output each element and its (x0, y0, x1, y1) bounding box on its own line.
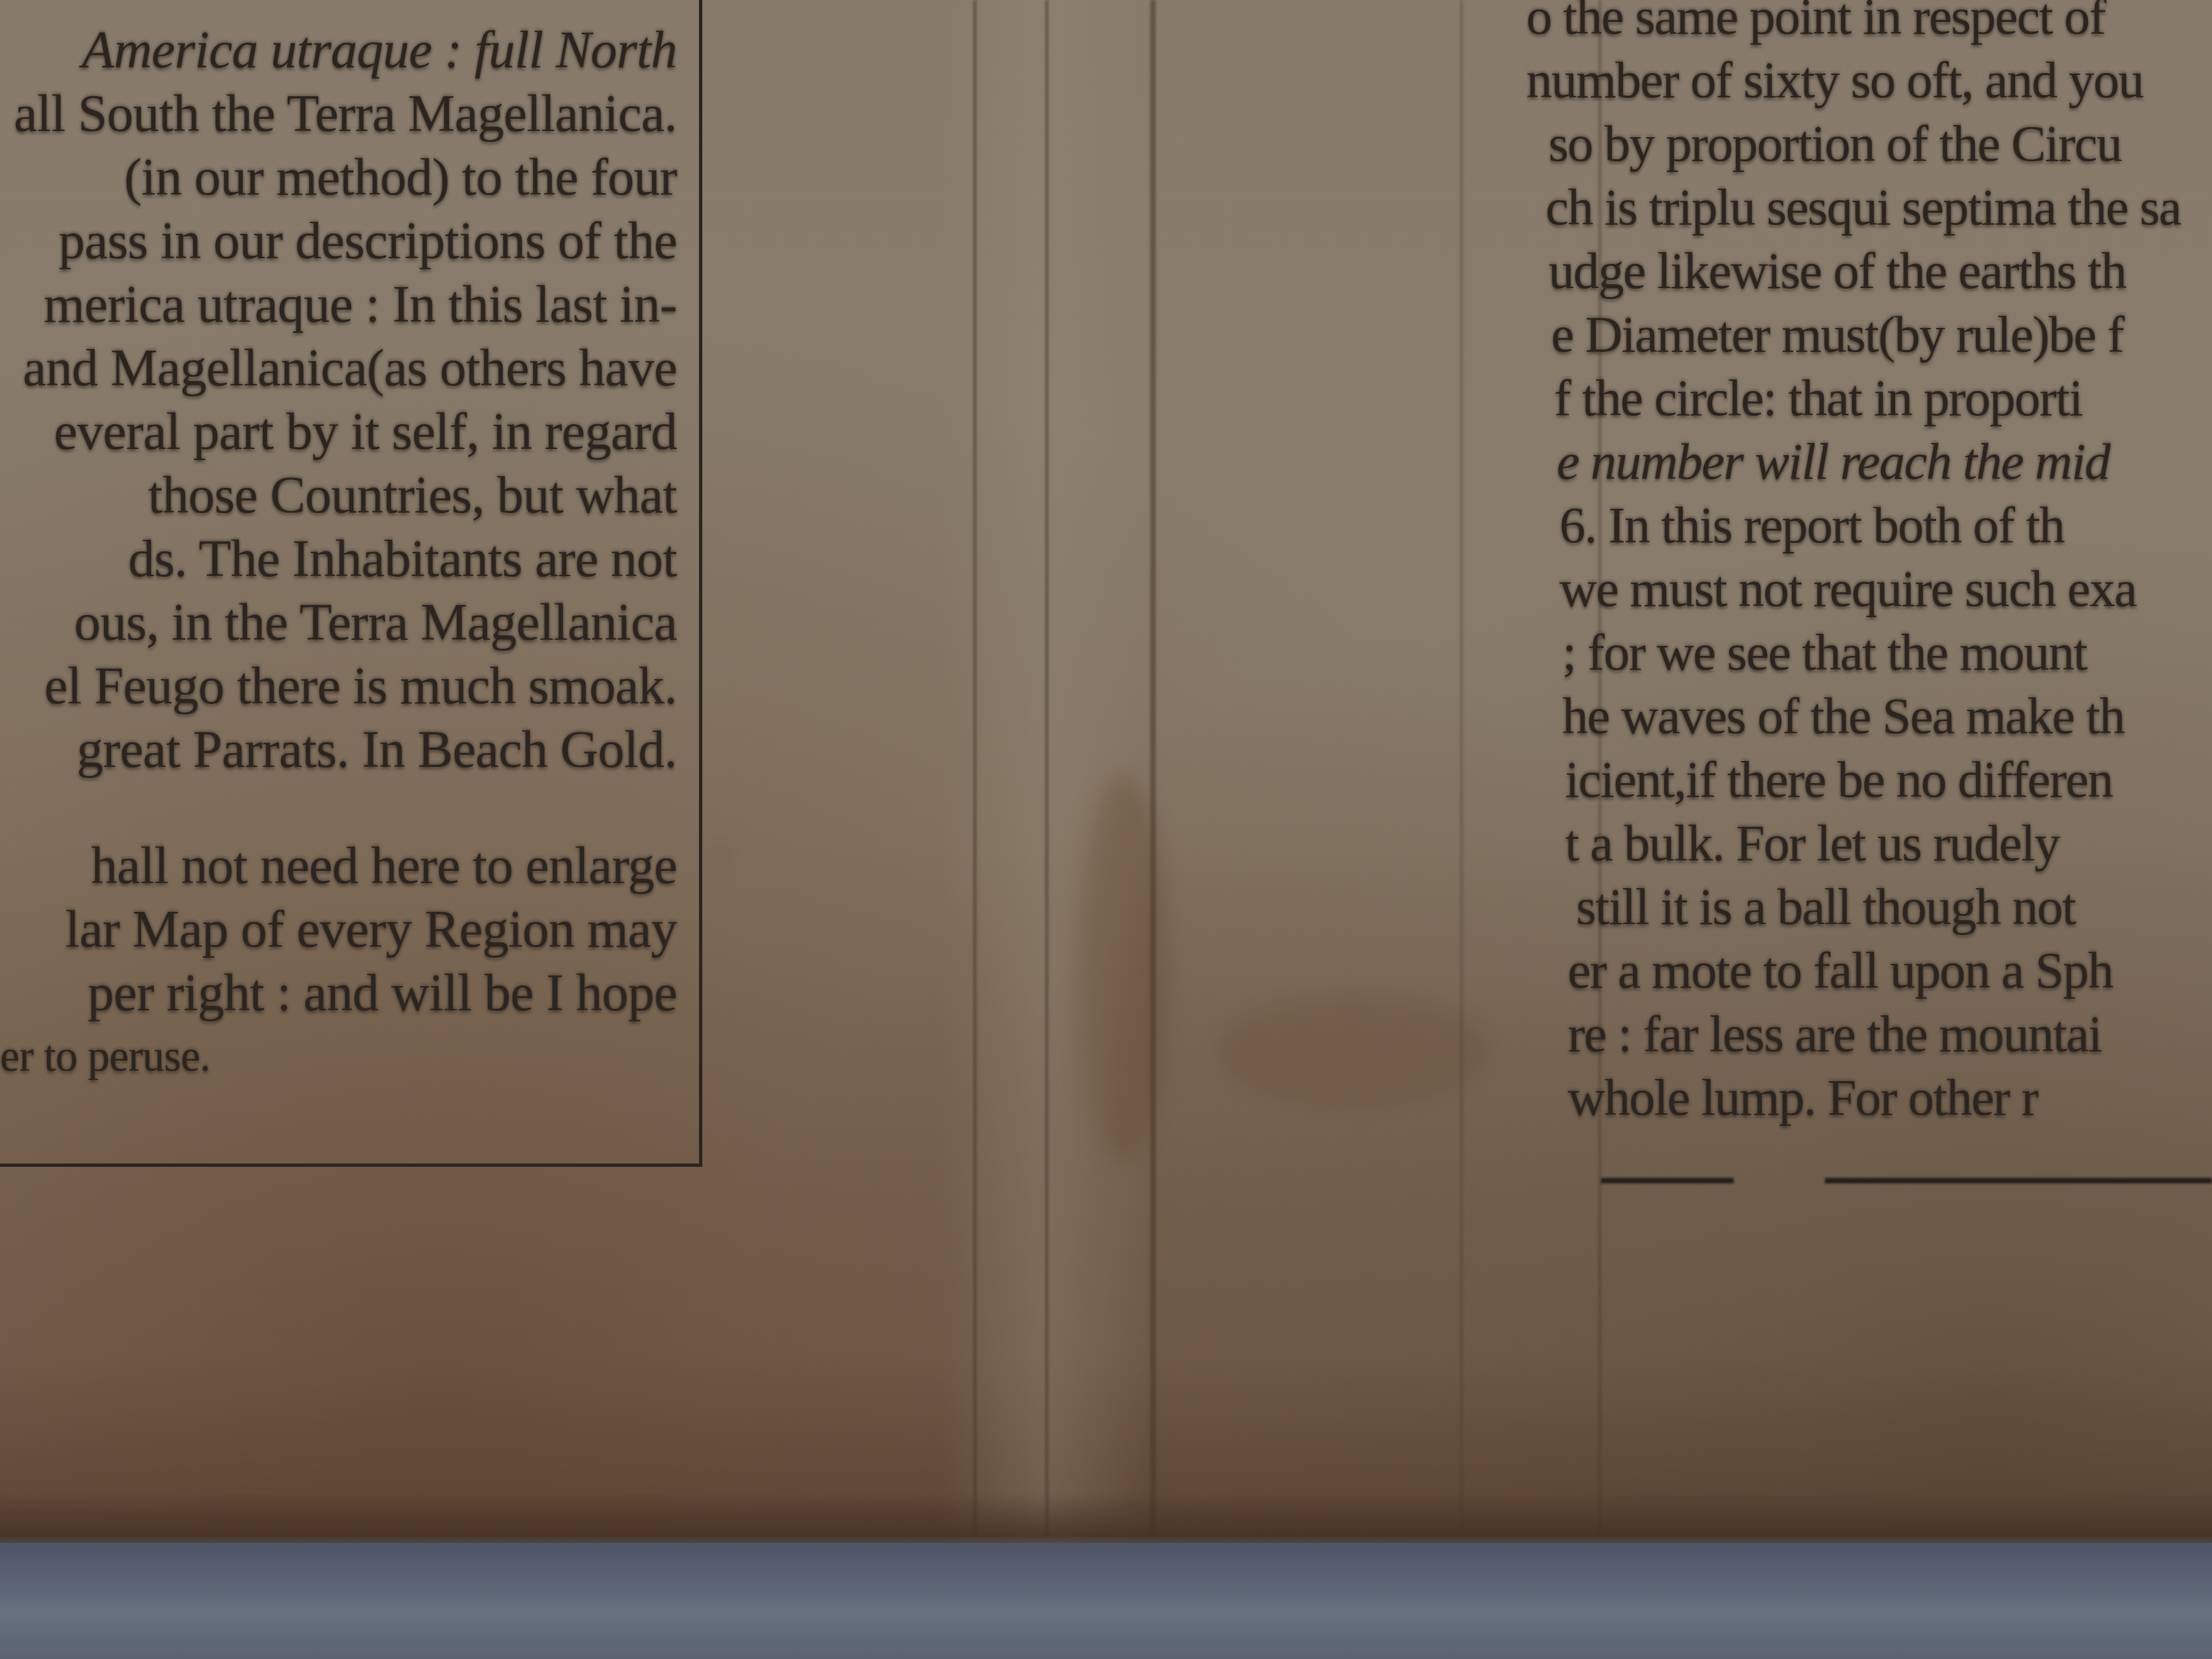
fold-line (1460, 0, 1463, 1537)
text-line: ch is triplu sesqui septima the sa (1546, 180, 2181, 235)
fold-line (1150, 0, 1156, 1537)
text-line: t a bulk. For let us rudely (1565, 816, 2059, 871)
text-line: all South the Terra Magellanica. (14, 86, 677, 141)
text-line: number of sixty so oft, and you (1526, 53, 2143, 108)
aged-paper-page: America utraque : full North all South t… (0, 0, 2212, 1537)
text-line: everal part by it self, in regard (54, 404, 677, 459)
text-line: still it is a ball though not (1576, 879, 2075, 935)
text-line: el Feugo there is much smoak. (44, 658, 677, 713)
text-line: re : far less are the mountai (1568, 1006, 2101, 1062)
text-line: o the same point in respect of (1526, 0, 2105, 44)
text-line: f the circle: that in proporti (1554, 371, 2082, 426)
fold-line (1045, 0, 1048, 1537)
fold-line (973, 0, 977, 1537)
text-line: ; for we see that the mount (1562, 625, 2086, 680)
section-rule-short (1601, 1178, 1734, 1183)
text-line: lar Map of every Region may (65, 901, 677, 957)
text-line: 6. In this report both of th (1559, 498, 2064, 553)
foxing-spot (713, 846, 730, 863)
text-line: er to peruse. (0, 1029, 210, 1084)
text-line: er a mote to fall upon a Sph (1568, 943, 2113, 998)
text-line: ous, in the Terra Magellanica (74, 594, 677, 650)
text-line: ds. The Inhabitants are not (128, 531, 677, 586)
text-line: e number will reach the mid (1557, 434, 2110, 489)
text-line: icient,if there be no differen (1565, 752, 2112, 807)
text-line: e Diameter must(by rule)be f (1551, 307, 2124, 362)
text-line: (in our method) to the four (124, 149, 677, 205)
text-line: America utraque : full North (82, 22, 677, 77)
table-surface (0, 1543, 2212, 1659)
text-line: udge likewise of the earths th (1548, 243, 2126, 299)
text-line: we must not require such exa (1559, 561, 2136, 617)
text-line: whole lump. For other r (1568, 1070, 2037, 1125)
text-line: great Parrats. In Beach Gold. (77, 722, 677, 777)
text-line: he waves of the Sea make th (1562, 688, 2124, 744)
left-text-column: America utraque : full North all South t… (0, 0, 702, 1167)
section-rule-long (1825, 1178, 2212, 1183)
water-stain (1217, 995, 1493, 1106)
right-text-column: o the same point in respect of number of… (1526, 0, 2212, 1189)
text-line: those Countries, but what (148, 467, 677, 523)
text-line: per right : and will be I hope (87, 965, 677, 1020)
text-line: hall not need here to enlarge (91, 838, 677, 893)
text-line: and Magellanica(as others have (23, 340, 677, 395)
text-line: merica utraque : In this last in- (44, 276, 677, 332)
text-line: pass in our descriptions of the (59, 213, 677, 268)
text-line: so by proportion of the Circu (1548, 116, 2121, 171)
